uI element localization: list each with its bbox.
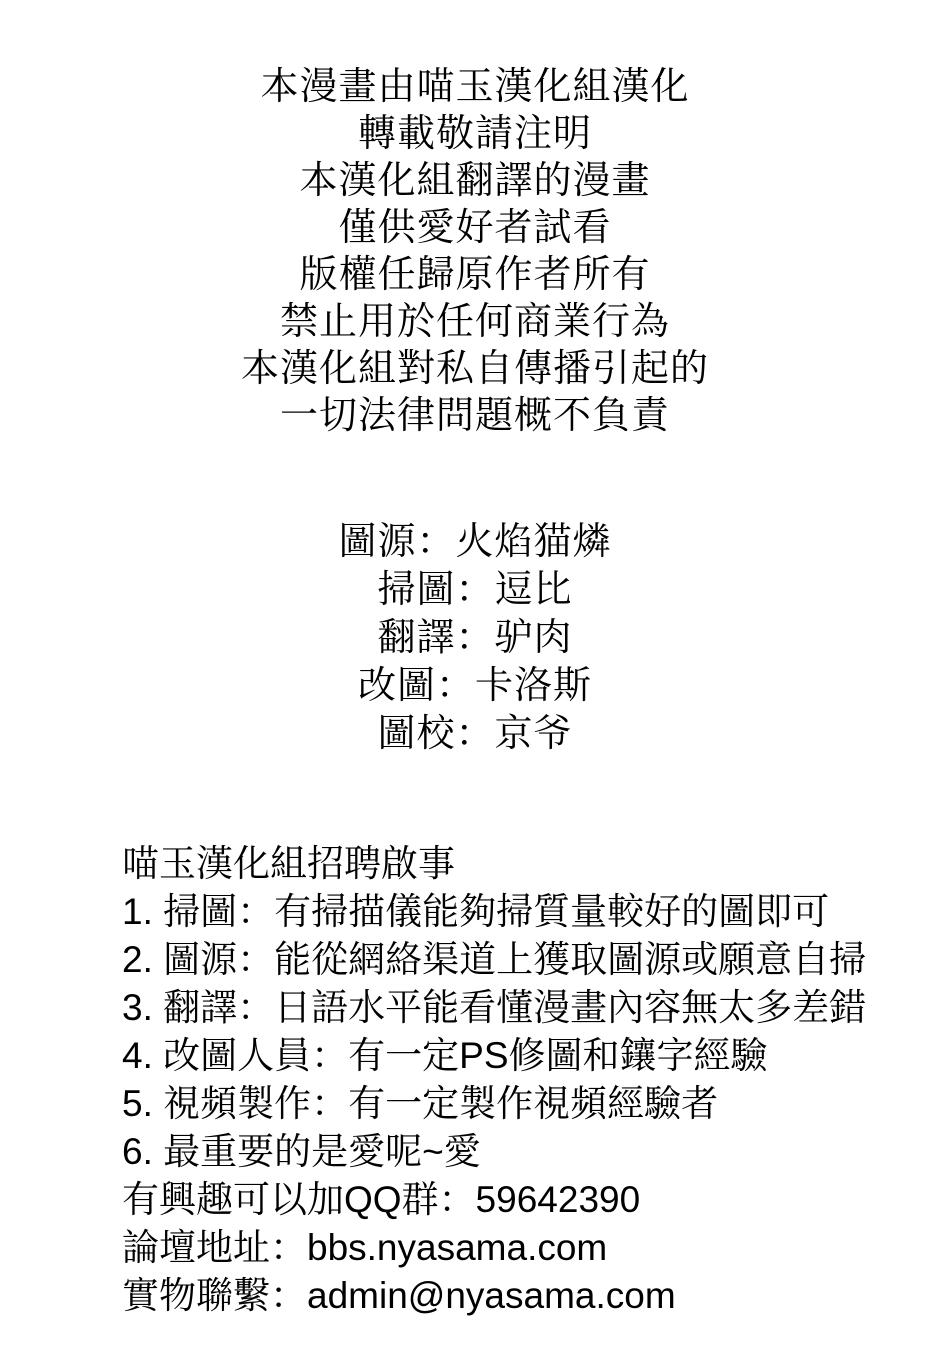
notice-line: 本漫畫由喵玉漢化組漢化 [0,64,950,111]
credit-line-proofing: 圖校：京爷 [0,710,950,758]
recruitment-item: 1. 掃圖：有掃描儀能夠掃質量較好的圖即可 [122,888,866,936]
recruitment-item: 4. 改圖人員：有一定PS修圖和鑲字經驗 [122,1032,866,1080]
contact-line-forum: 論壇地址：bbs.nyasama.com [122,1224,866,1272]
recruitment-item: 3. 翻譯：日語水平能看懂漫畫內容無太多差錯 [122,984,866,1032]
credit-line-translation: 翻譯：驴肉 [0,614,950,662]
recruitment-item: 6. 最重要的是愛呢~愛 [122,1128,866,1176]
staff-credits-block: 圖源：火焰猫燐 掃圖：逗比 翻譯：驴肉 改圖：卡洛斯 圖校：京爷 [0,518,950,758]
notice-line: 版權任歸原作者所有 [0,252,950,299]
recruitment-title: 喵玉漢化組招聘啟事 [122,840,866,888]
notice-line: 僅供愛好者試看 [0,205,950,252]
recruitment-item: 2. 圖源：能從網絡渠道上獲取圖源或願意自掃 [122,936,866,984]
recruitment-item: 5. 視頻製作：有一定製作視頻經驗者 [122,1080,866,1128]
credit-line-scan: 掃圖：逗比 [0,566,950,614]
credit-line-source: 圖源：火焰猫燐 [0,518,950,566]
notice-line: 本漢化組翻譯的漫畫 [0,158,950,205]
contact-line-email: 實物聯繫：admin@nyasama.com [122,1272,866,1320]
notice-line: 一切法律問題概不負責 [0,393,950,440]
contact-line-qq: 有興趣可以加QQ群：59642390 [122,1176,866,1224]
scanlation-credits-page: 本漫畫由喵玉漢化組漢化 轉載敬請注明 本漢化組翻譯的漫畫 僅供愛好者試看 版權任… [0,0,950,1350]
notice-line: 轉載敬請注明 [0,111,950,158]
notice-line: 本漢化組對私自傳播引起的 [0,346,950,393]
copyright-notice-block: 本漫畫由喵玉漢化組漢化 轉載敬請注明 本漢化組翻譯的漫畫 僅供愛好者試看 版權任… [0,64,950,440]
credit-line-editing: 改圖：卡洛斯 [0,662,950,710]
notice-line: 禁止用於任何商業行為 [0,299,950,346]
recruitment-block: 喵玉漢化組招聘啟事 1. 掃圖：有掃描儀能夠掃質量較好的圖即可 2. 圖源：能從… [122,840,866,1320]
